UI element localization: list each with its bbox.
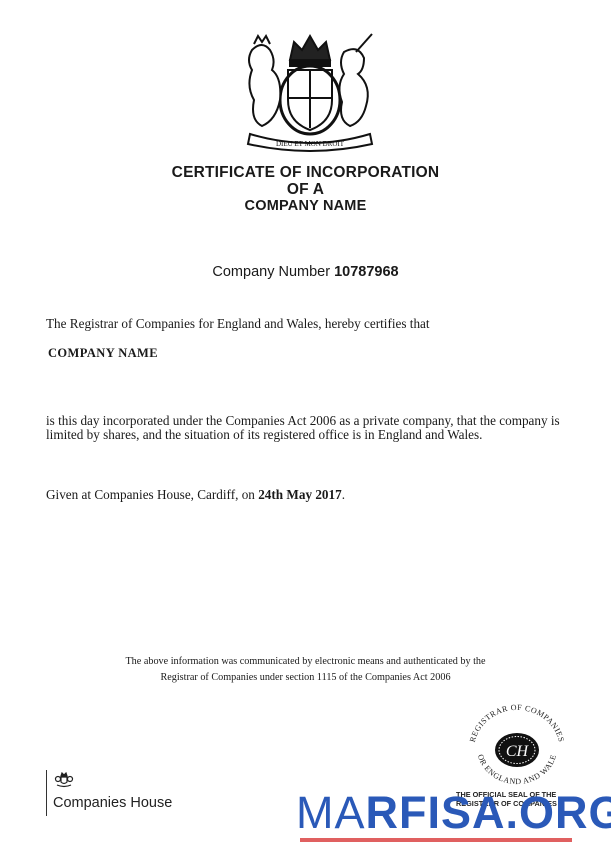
given-prefix: Given at Companies House, Cardiff, on: [46, 487, 255, 502]
marfisa-watermark: MARFISA.ORG: [296, 789, 611, 837]
title-line-1: CERTIFICATE OF INCORPORATION: [0, 164, 611, 181]
crest-icon: [54, 772, 74, 788]
logo-divider: [46, 770, 47, 816]
footnote-line-1: The above information was communicated b…: [0, 654, 611, 670]
svg-text:CH: CH: [506, 743, 530, 760]
title-company-name: COMPANY NAME: [0, 198, 611, 215]
watermark-text-bold: RFISA.ORG: [366, 787, 611, 838]
given-suffix: .: [342, 487, 345, 502]
incorporation-date: 24th May 2017: [258, 487, 342, 502]
company-number-label: Company Number: [212, 264, 330, 280]
registrar-seal-icon: REGISTRAR OF COMPANIES FOR ENGLAND AND W…: [464, 700, 570, 792]
certify-statement: The Registrar of Companies for England a…: [46, 316, 430, 332]
company-name: COMPANY NAME: [48, 346, 158, 361]
svg-text:DIEU ET MON DROIT: DIEU ET MON DROIT: [276, 140, 345, 148]
authentication-footnote: The above information was communicated b…: [0, 654, 611, 686]
incorporation-statement: is this day incorporated under the Compa…: [46, 414, 566, 442]
companies-house-name: Companies House: [53, 795, 172, 811]
title-line-2: OF A: [0, 181, 611, 198]
watermark-underline: [300, 838, 572, 842]
company-number-line: Company Number 10787968: [0, 264, 611, 280]
footnote-line-2: Registrar of Companies under section 111…: [0, 670, 611, 686]
certificate-title: CERTIFICATE OF INCORPORATION OF A COMPAN…: [0, 164, 611, 215]
watermark-text-thin: MA: [296, 787, 366, 838]
given-at-line: Given at Companies House, Cardiff, on 24…: [46, 487, 345, 503]
royal-coat-of-arms-icon: DIEU ET MON DROIT: [232, 30, 388, 152]
company-number-value: 10787968: [334, 264, 399, 280]
